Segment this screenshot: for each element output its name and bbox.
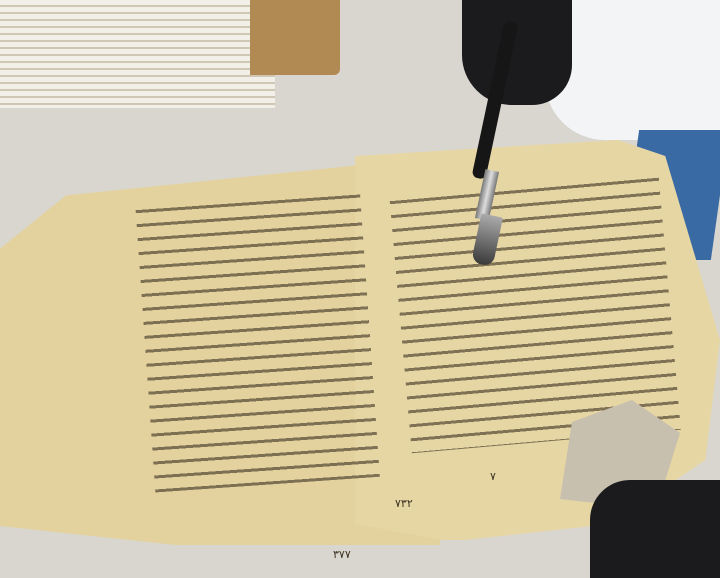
paper-stack <box>0 0 275 108</box>
gloved-hand-top <box>462 0 572 105</box>
left-text-block <box>135 188 380 493</box>
gloved-hand-bottom <box>590 480 720 578</box>
right-page-number: ٧ <box>490 470 496 483</box>
photo-scene: ٧٣٢ ٧ ٣٧٧ <box>0 0 720 578</box>
old-book-stack <box>250 0 340 75</box>
left-page-number: ٧٣٢ <box>395 497 413 510</box>
bottom-page-number: ٣٧٧ <box>333 548 351 561</box>
